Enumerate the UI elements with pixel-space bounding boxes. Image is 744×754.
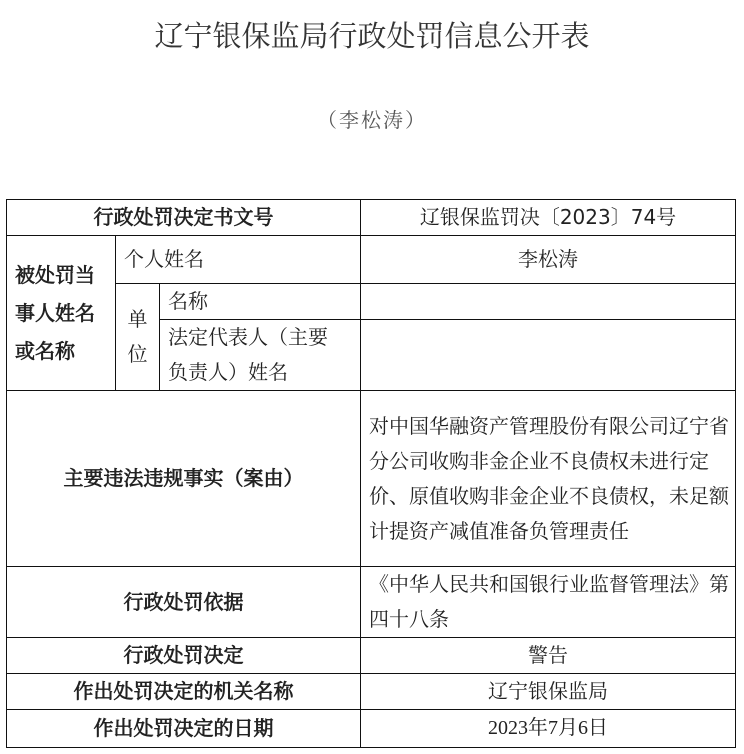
row-date: 作出处罚决定的日期 2023年7月6日 [7,710,736,748]
row-basis: 行政处罚依据 《中华人民共和国银行业监督管理法》第四十八条 [7,567,736,638]
basis-label: 行政处罚依据 [7,567,361,638]
decision-no-label: 行政处罚决定书文号 [7,200,361,236]
party-label-line: 或名称 [15,332,115,370]
unit-name-value [361,284,736,320]
page-title: 辽宁银保监局行政处罚信息公开表 [0,14,744,55]
decision-value: 警告 [361,638,736,674]
decision-no-value: 辽银保监罚决〔2023〕74号 [361,200,736,236]
facts-label: 主要违法违规事实（案由） [7,391,361,567]
party-label-line: 事人姓名 [15,294,115,332]
authority-label: 作出处罚决定的机关名称 [7,674,361,710]
row-decision-no: 行政处罚决定书文号 辽银保监罚决〔2023〕74号 [7,200,736,236]
row-authority: 作出处罚决定的机关名称 辽宁银保监局 [7,674,736,710]
unit-name-label: 名称 [160,284,361,320]
date-label: 作出处罚决定的日期 [7,710,361,748]
basis-value: 《中华人民共和国银行业监督管理法》第四十八条 [361,567,736,638]
penalty-info-table: 行政处罚决定书文号 辽银保监罚决〔2023〕74号 被处罚当 事人姓名 或名称 … [6,199,736,748]
party-label-line: 被处罚当 [15,256,115,294]
legal-rep-label: 法定代表人（主要 负责人）姓名 [160,320,361,391]
individual-name-value: 李松涛 [361,236,736,284]
row-individual-name: 被处罚当 事人姓名 或名称 个人姓名 李松涛 [7,236,736,284]
row-decision: 行政处罚决定 警告 [7,638,736,674]
legal-rep-label-line: 负责人）姓名 [168,355,360,390]
unit-label-line: 单 [116,302,159,337]
party-label: 被处罚当 事人姓名 或名称 [7,236,116,391]
legal-rep-value [361,320,736,391]
legal-rep-label-line: 法定代表人（主要 [168,320,360,355]
unit-label: 单 位 [116,284,160,391]
authority-value: 辽宁银保监局 [361,674,736,710]
row-unit-name: 单 位 名称 [7,284,736,320]
date-value: 2023年7月6日 [361,710,736,748]
page-subtitle: （李松涛） [0,104,744,133]
decision-label: 行政处罚决定 [7,638,361,674]
row-facts: 主要违法违规事实（案由） 对中国华融资产管理股份有限公司辽宁省分公司收购非金企业… [7,391,736,567]
individual-name-label: 个人姓名 [116,236,361,284]
facts-value: 对中国华融资产管理股份有限公司辽宁省分公司收购非金企业不良债权未进行定价、原值收… [361,391,736,567]
unit-label-line: 位 [116,337,159,372]
